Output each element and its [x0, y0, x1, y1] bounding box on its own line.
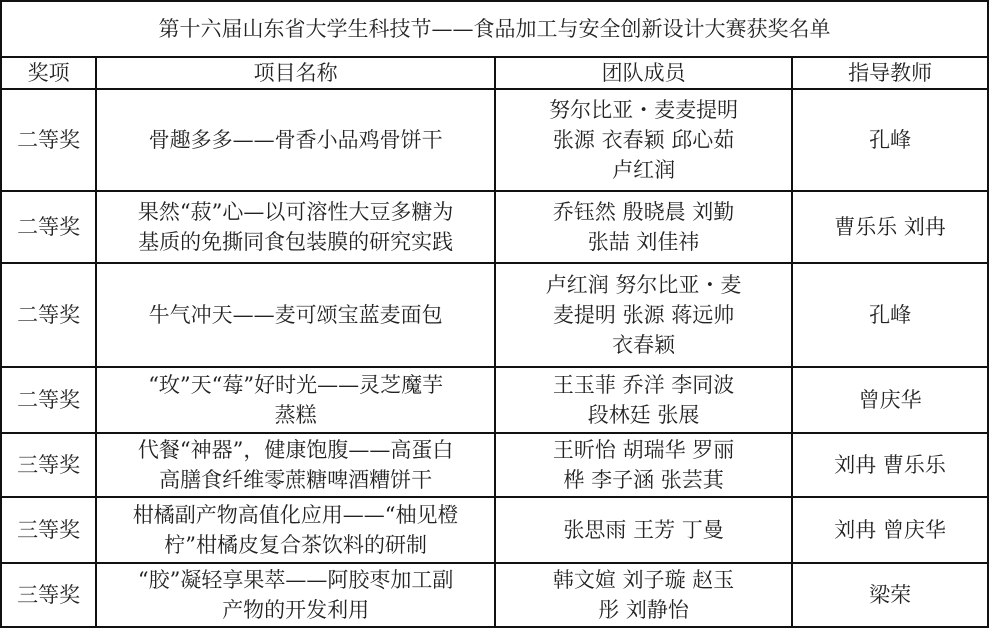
advisor-cell: 梁荣 [792, 563, 988, 627]
members-cell: 王昕怡 胡瑞华 罗丽 桦 李子涵 张芸萁 [495, 433, 792, 497]
members-line: 麦提明 张源 蒋远帅 [500, 300, 787, 330]
award-cell: 三等奖 [1, 497, 96, 563]
project-line: 蒸糕 [101, 400, 490, 430]
members-line: 卢红润 [500, 155, 787, 185]
header-award: 奖项 [1, 57, 96, 89]
project-line: “胶”凝轻享果萃——阿胶枣加工副 [101, 565, 490, 595]
project-cell: “胶”凝轻享果萃——阿胶枣加工副 产物的开发利用 [96, 563, 495, 627]
project-line: 骨趣多多——骨香小品鸡骨饼干 [101, 125, 490, 155]
members-cell: 韩文媗 刘子璇 赵玉 彤 刘静怡 [495, 563, 792, 627]
members-line: 努尔比亚・麦麦提明 [500, 95, 787, 125]
advisor-cell: 曾庆华 [792, 367, 988, 433]
award-cell: 二等奖 [1, 263, 96, 367]
members-cell: 王玉菲 乔洋 李同波 段林廷 张展 [495, 367, 792, 433]
table-row: 二等奖 骨趣多多——骨香小品鸡骨饼干 努尔比亚・麦麦提明 张源 衣春颖 邱心茹 … [1, 89, 988, 191]
members-line: 王昕怡 胡瑞华 罗丽 [500, 435, 787, 465]
advisor-cell: 孔峰 [792, 263, 988, 367]
members-cell: 张思雨 王芳 丁曼 [495, 497, 792, 563]
award-cell: 二等奖 [1, 191, 96, 263]
members-line: 王玉菲 乔洋 李同波 [500, 370, 787, 400]
project-line: 代餐“神器”，健康饱腹——高蛋白 [101, 435, 490, 465]
members-cell: 乔钰然 殷晓晨 刘勤 张喆 刘佳祎 [495, 191, 792, 263]
project-cell: 柑橘副产物高值化应用——“柚见橙 柠”柑橘皮复合茶饮料的研制 [96, 497, 495, 563]
members-line: 韩文媗 刘子璇 赵玉 [500, 565, 787, 595]
members-cell: 卢红润 努尔比亚・麦 麦提明 张源 蒋远帅 衣春颖 [495, 263, 792, 367]
members-line: 张源 衣春颖 邱心茹 [500, 125, 787, 155]
table-row: 三等奖 代餐“神器”，健康饱腹——高蛋白 高膳食纤维零蔗糖啤酒糟饼干 王昕怡 胡… [1, 433, 988, 497]
project-line: 柠”柑橘皮复合茶饮料的研制 [101, 530, 490, 560]
header-members: 团队成员 [495, 57, 792, 89]
project-line: “玫”天“莓”好时光——灵芝魔芋 [101, 370, 490, 400]
table-row: 三等奖 “胶”凝轻享果萃——阿胶枣加工副 产物的开发利用 韩文媗 刘子璇 赵玉 … [1, 563, 988, 627]
project-line: 牛气冲天——麦可颂宝蓝麦面包 [101, 300, 490, 330]
header-advisor: 指导教师 [792, 57, 988, 89]
project-cell: 牛气冲天——麦可颂宝蓝麦面包 [96, 263, 495, 367]
members-line: 卢红润 努尔比亚・麦 [500, 270, 787, 300]
table-row: 二等奖 “玫”天“莓”好时光——灵芝魔芋 蒸糕 王玉菲 乔洋 李同波 段林廷 张… [1, 367, 988, 433]
members-line: 张思雨 王芳 丁曼 [500, 515, 787, 545]
advisor-cell: 孔峰 [792, 89, 988, 191]
members-line: 彤 刘静怡 [500, 595, 787, 625]
project-cell: 骨趣多多——骨香小品鸡骨饼干 [96, 89, 495, 191]
project-cell: 代餐“神器”，健康饱腹——高蛋白 高膳食纤维零蔗糖啤酒糟饼干 [96, 433, 495, 497]
header-row: 奖项 项目名称 团队成员 指导教师 [1, 57, 988, 89]
award-cell: 二等奖 [1, 367, 96, 433]
advisor-cell: 刘冉 曹乐乐 [792, 433, 988, 497]
project-line: 果然“菽”心—以可溶性大豆多糖为 [101, 197, 490, 227]
table-title: 第十六届山东省大学生科技节——食品加工与安全创新设计大赛获奖名单 [1, 1, 988, 57]
project-line: 基质的免撕同食包装膜的研究实践 [101, 227, 490, 257]
award-cell: 二等奖 [1, 89, 96, 191]
header-project: 项目名称 [96, 57, 495, 89]
table-row: 二等奖 牛气冲天——麦可颂宝蓝麦面包 卢红润 努尔比亚・麦 麦提明 张源 蒋远帅… [1, 263, 988, 367]
title-row: 第十六届山东省大学生科技节——食品加工与安全创新设计大赛获奖名单 [1, 1, 988, 57]
members-line: 张喆 刘佳祎 [500, 227, 787, 257]
award-cell: 三等奖 [1, 433, 96, 497]
award-cell: 三等奖 [1, 563, 96, 627]
members-line: 桦 李子涵 张芸萁 [500, 465, 787, 495]
table-row: 三等奖 柑橘副产物高值化应用——“柚见橙 柠”柑橘皮复合茶饮料的研制 张思雨 王… [1, 497, 988, 563]
members-line: 衣春颖 [500, 330, 787, 360]
project-line: 高膳食纤维零蔗糖啤酒糟饼干 [101, 465, 490, 495]
members-cell: 努尔比亚・麦麦提明 张源 衣春颖 邱心茹 卢红润 [495, 89, 792, 191]
advisor-cell: 刘冉 曾庆华 [792, 497, 988, 563]
project-line: 柑橘副产物高值化应用——“柚见橙 [101, 500, 490, 530]
project-cell: 果然“菽”心—以可溶性大豆多糖为 基质的免撕同食包装膜的研究实践 [96, 191, 495, 263]
advisor-cell: 曹乐乐 刘冉 [792, 191, 988, 263]
project-cell: “玫”天“莓”好时光——灵芝魔芋 蒸糕 [96, 367, 495, 433]
members-line: 段林廷 张展 [500, 400, 787, 430]
award-list-table: 第十六届山东省大学生科技节——食品加工与安全创新设计大赛获奖名单 奖项 项目名称… [0, 0, 989, 628]
table-row: 二等奖 果然“菽”心—以可溶性大豆多糖为 基质的免撕同食包装膜的研究实践 乔钰然… [1, 191, 988, 263]
members-line: 乔钰然 殷晓晨 刘勤 [500, 197, 787, 227]
project-line: 产物的开发利用 [101, 595, 490, 625]
